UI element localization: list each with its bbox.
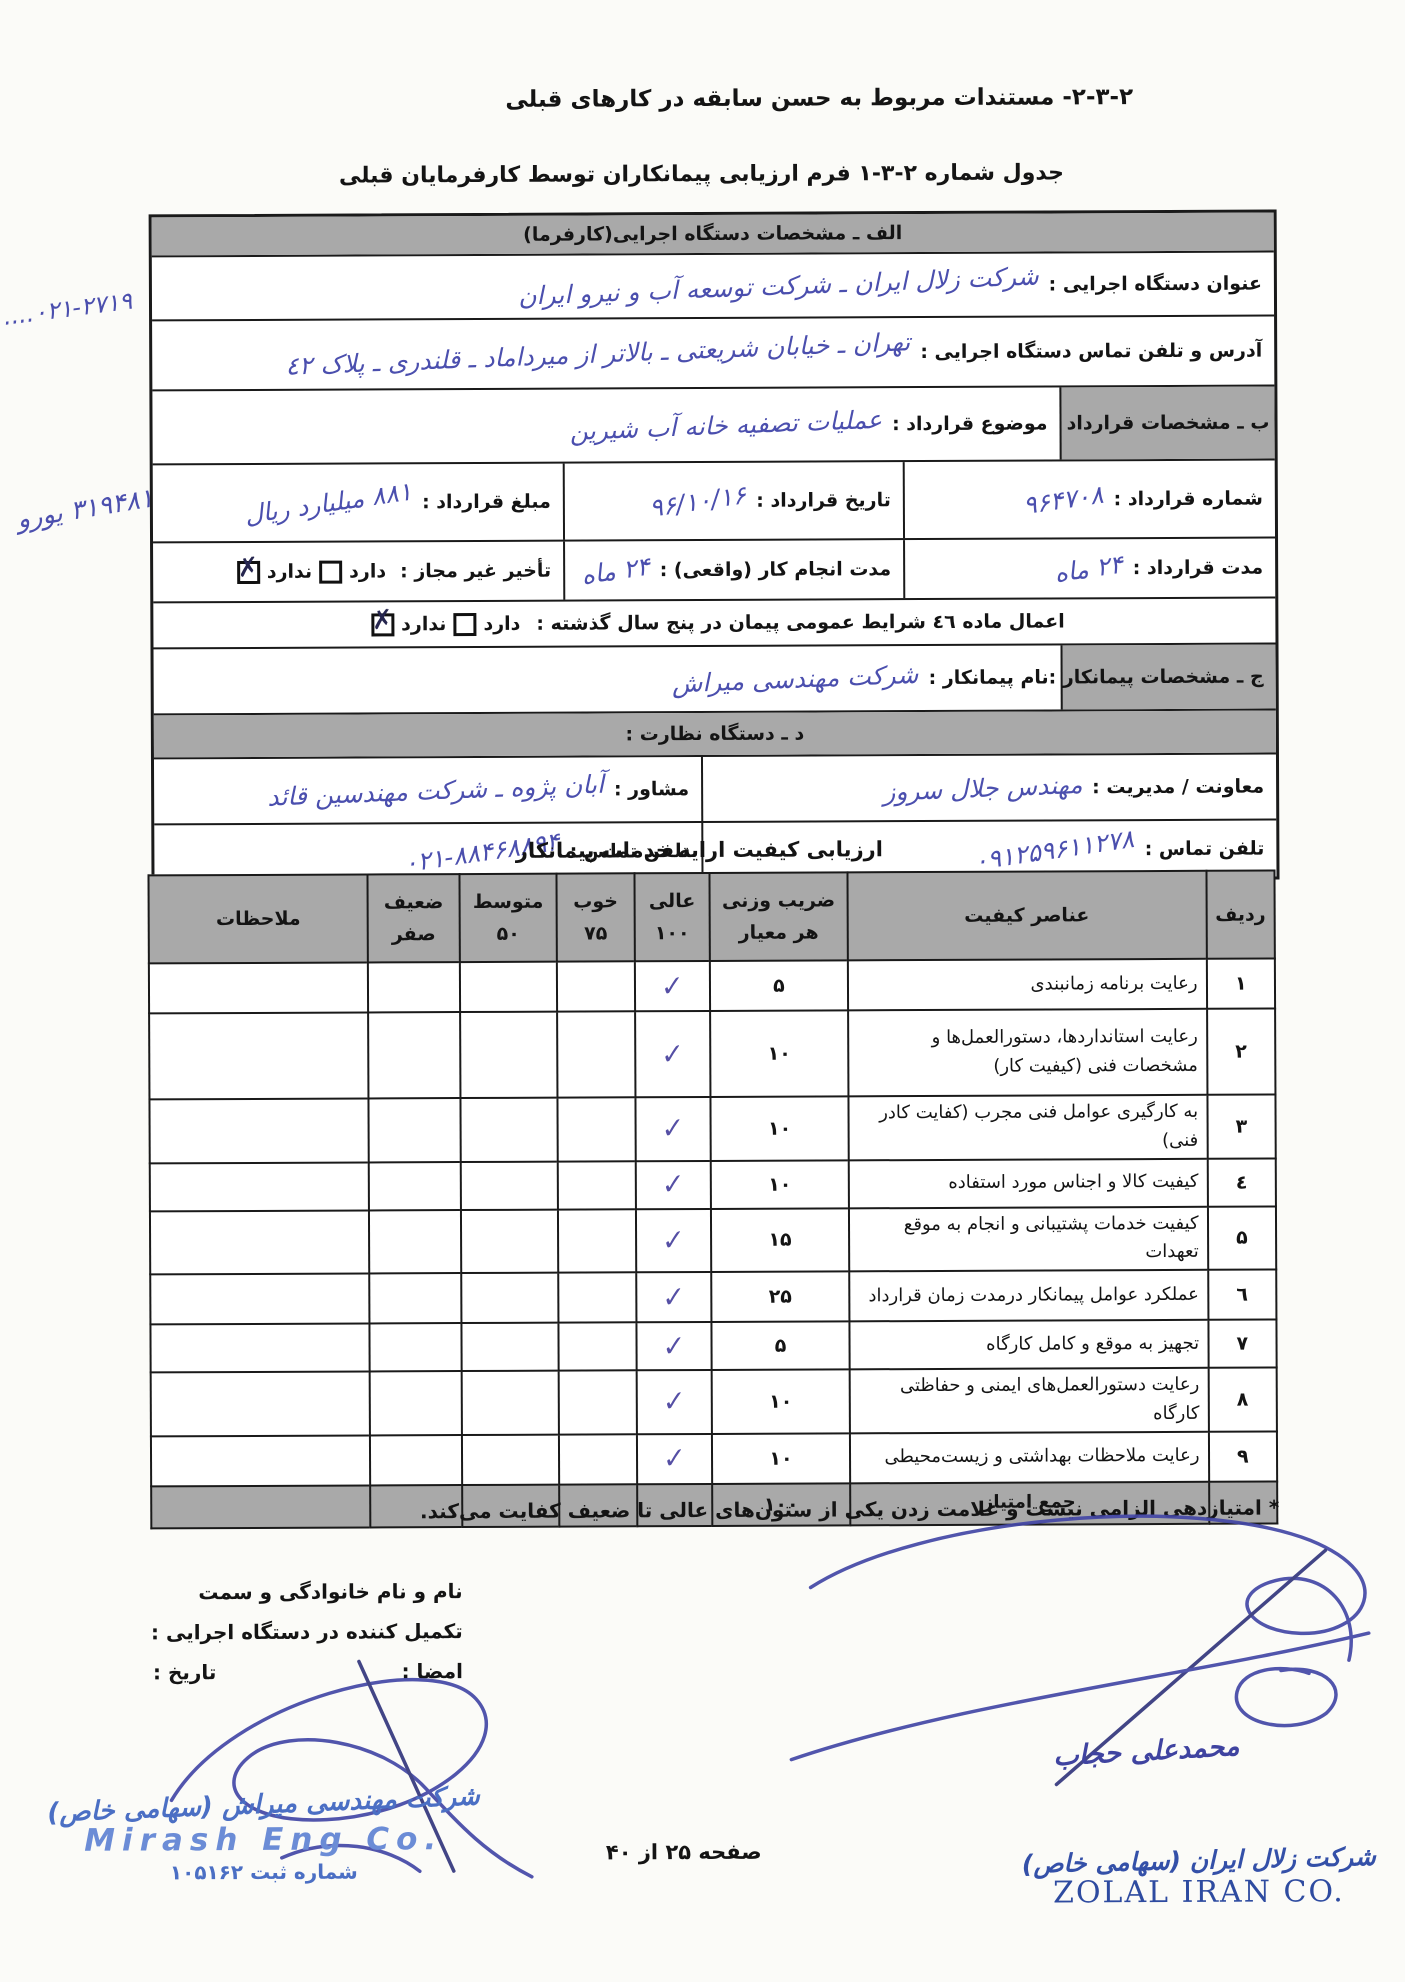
table-row: ۷ تجهیز به موقع و کامل کارگاه ۵ ✓ bbox=[150, 1320, 1276, 1373]
amount-label: مبلغ قرارداد : bbox=[422, 491, 551, 514]
agency-title-label: عنوان دستگاه اجرایی : bbox=[1049, 273, 1262, 296]
employer-info-form: الف ـ مشخصات دستگاه اجرایی(کارفرما) عنوا… bbox=[149, 209, 1280, 884]
duration-value: ۲۴ ماه bbox=[1052, 549, 1124, 588]
checkmark-icon: ✓ bbox=[663, 1329, 686, 1364]
address-label: آدرس و تلفن تماس دستگاه اجرایی : bbox=[920, 340, 1262, 363]
contract-ids-row: شماره قرارداد : ۹۶۴۷۰۸ تاریخ قرارداد : ۹… bbox=[153, 458, 1275, 541]
agency-title-value: شرکت زلال ایران ـ شرکت توسعه آب و نیرو ا… bbox=[517, 261, 1039, 310]
table-row: ۲ رعایت استانداردها، دستورالعمل‌ها و مشخ… bbox=[149, 1009, 1275, 1100]
amount-value: ۸۸۱ میلیارد ریال bbox=[242, 476, 413, 529]
section-c-title: ج ـ مشخصات پیمانکار : bbox=[1049, 666, 1264, 689]
table-row: ۱ رعایت برنامه زمانبندی ۵ ✓ bbox=[149, 959, 1275, 1014]
contract-no-value: ۹۶۴۷۰۸ bbox=[1021, 479, 1105, 519]
duration-row: مدت قرارداد : ۲۴ ماه مدت انجام کار (واقع… bbox=[153, 536, 1275, 601]
x-mark-icon: ✗ bbox=[235, 553, 259, 581]
consultant-value: آبان پژوه ـ شرکت مهندسین قائد bbox=[267, 769, 605, 811]
scanned-form-page: ۲-۳-۲- مستندات مربوط به حسن سابقه در کار… bbox=[0, 0, 1405, 1982]
article46-hasnot-label: ندارد bbox=[401, 613, 446, 635]
contractor-name-value: شرکت مهندسی میراش bbox=[671, 659, 919, 698]
table-row: ۵ کیفیت خدمات پشتیبانی و انجام به موقع ت… bbox=[150, 1206, 1276, 1275]
header-medium: متوسط ۵۰ bbox=[459, 874, 557, 962]
delay-label: تأخیر غیر مجاز : bbox=[400, 560, 551, 583]
header-good: خوب ۷۵ bbox=[557, 873, 635, 961]
section-heading: ۲-۳-۲- مستندات مربوط به حسن سابقه در کار… bbox=[505, 84, 1133, 113]
contractor-row: ج ـ مشخصات پیمانکار : نام پیمانکار : شرک… bbox=[153, 642, 1275, 713]
header-row-no: ردیف bbox=[1206, 871, 1275, 959]
checkmark-icon: ✓ bbox=[662, 1223, 685, 1258]
mirash-stamp-reg: شماره ثبت ۱۰۵۱۶۲ bbox=[24, 1859, 504, 1885]
checkmark-icon: ✓ bbox=[663, 1280, 686, 1315]
table-caption: جدول شماره ۲-۳-۱ فرم ارزیابی پیمانکاران … bbox=[296, 160, 1106, 189]
checkmark-icon: ✓ bbox=[661, 969, 684, 1004]
contract-date-value: ۹۶/۱۰/۱۶ bbox=[647, 480, 748, 523]
actual-duration-label: مدت انجام کار (واقعی) : bbox=[660, 558, 892, 581]
checkmark-icon: ✓ bbox=[662, 1167, 685, 1202]
mirash-stamp-en: Mirash Eng Co. bbox=[24, 1821, 504, 1859]
subject-row: ب ـ مشخصات قرارداد موضوع قرارداد : عملیا… bbox=[152, 384, 1274, 463]
management-label: معاونت / مدیریت : bbox=[1092, 776, 1264, 799]
zolal-company-stamp: شرکت زلال ایران (سهامی خاص) ZOLAL IRAN C… bbox=[1004, 1845, 1394, 1911]
management-phone-value: ۰۹۱۲۵۹۶۱۱۲۷۸ bbox=[972, 824, 1136, 876]
x-mark-icon: ✗ bbox=[370, 606, 394, 634]
supervision-row: معاونت / مدیریت : مهندس جلال سروز مشاور … bbox=[154, 752, 1276, 823]
checkmark-icon: ✓ bbox=[663, 1385, 686, 1420]
header-element: عناصر کیفیت bbox=[847, 871, 1206, 961]
delay-has-label: دارد bbox=[349, 560, 386, 582]
address-value: تهران ـ خیابان شریعتی ـ بالاتر از میردام… bbox=[285, 327, 911, 381]
duration-label: مدت قرارداد : bbox=[1133, 557, 1263, 580]
evaluation-caption: ارزیابی کیفیت ارایه خدمات پیمانکار bbox=[419, 837, 979, 863]
table-row: ۳ به کارگیری عوامل فنی مجرب (کفایت کادر … bbox=[149, 1095, 1275, 1164]
quality-evaluation-table: ردیف عناصر کیفیت ضریب وزنی هر معیار عالی… bbox=[147, 869, 1278, 1529]
article46-label: اعمال ماده ٤٦ شرایط عمومی پیمان در پنج س… bbox=[536, 610, 1064, 634]
section-d-title: د ـ دستگاه نظارت : bbox=[625, 723, 804, 746]
header-weak: ضعیف صفر bbox=[368, 874, 460, 962]
management-value: مهندس جلال سروز bbox=[882, 769, 1082, 806]
section-a-band: الف ـ مشخصات دستگاه اجرایی(کارفرما) bbox=[152, 213, 1274, 256]
mirash-company-stamp: شرکت مهندسی میراش (سهامی خاص) Mirash Eng… bbox=[23, 1789, 503, 1885]
table-row: ٦ عملکرد عوامل پیمانکار درمدت زمان قرارد… bbox=[150, 1270, 1276, 1325]
section-d-band: د ـ دستگاه نظارت : bbox=[154, 708, 1276, 757]
section-a-title: الف ـ مشخصات دستگاه اجرایی(کارفرما) bbox=[523, 222, 902, 246]
margin-phone-note: ۰۲۱-۲۷۱۹.... bbox=[2, 287, 134, 331]
delay-hasnot-checkbox: ✗ bbox=[237, 560, 260, 583]
zolal-stamp-en: ZOLAL IRAN CO. bbox=[1004, 1874, 1394, 1911]
article46-hasnot-checkbox: ✗ bbox=[371, 613, 394, 636]
actual-duration-value: ۲۴ ماه bbox=[579, 551, 651, 590]
eval-header-row: ردیف عناصر کیفیت ضریب وزنی هر معیار عالی… bbox=[148, 871, 1274, 964]
subject-label: موضوع قرارداد : bbox=[892, 412, 1048, 435]
header-remarks: ملاحظات bbox=[148, 874, 368, 963]
contract-no-label: شماره قرارداد : bbox=[1114, 488, 1263, 511]
header-excellent: عالی ۱۰۰ bbox=[634, 873, 710, 961]
header-weight: ضریب وزنی هر معیار bbox=[710, 872, 848, 961]
section-b-title: ب ـ مشخصات قرارداد bbox=[1067, 412, 1270, 435]
page-number: صفحه ۲۵ از ۴۰ bbox=[559, 1840, 809, 1865]
agency-title-row: عنوان دستگاه اجرایی : شرکت زلال ایران ـ … bbox=[152, 251, 1274, 320]
article46-has-checkbox bbox=[453, 612, 476, 635]
table-row: ۹ رعایت ملاحظات بهداشتی و زیست‌محیطی ۱۰ … bbox=[151, 1431, 1277, 1486]
table-row: ۸ رعایت دستورالعمل‌های ایمنی و حفاظتی کا… bbox=[151, 1368, 1277, 1437]
signoff-line1: نام و نام خانوادگی و سمت bbox=[153, 1579, 463, 1604]
management-phone-label: تلفن تماس : bbox=[1145, 838, 1265, 861]
delay-hasnot-label: ندارد bbox=[267, 561, 312, 583]
table-row: ٤ کیفیت کالا و اجناس مورد استفاده ۱۰ ✓ bbox=[150, 1158, 1276, 1211]
address-row: آدرس و تلفن تماس دستگاه اجرایی : تهران ـ… bbox=[152, 314, 1274, 389]
contract-date-label: تاریخ قرارداد : bbox=[756, 489, 891, 512]
consultant-label: مشاور : bbox=[614, 778, 689, 800]
article46-has-label: دارد bbox=[483, 613, 520, 635]
delay-has-checkbox bbox=[319, 560, 342, 583]
checkmark-icon: ✓ bbox=[662, 1112, 685, 1147]
checkmark-icon: ✓ bbox=[663, 1442, 686, 1477]
article46-row: اعمال ماده ٤٦ شرایط عمومی پیمان در پنج س… bbox=[153, 596, 1275, 647]
contractor-name-label: نام پیمانکار : bbox=[929, 666, 1049, 689]
subject-value: عملیات تصفیه خانه آب شیرین bbox=[569, 404, 882, 445]
checkmark-icon: ✓ bbox=[661, 1037, 684, 1072]
